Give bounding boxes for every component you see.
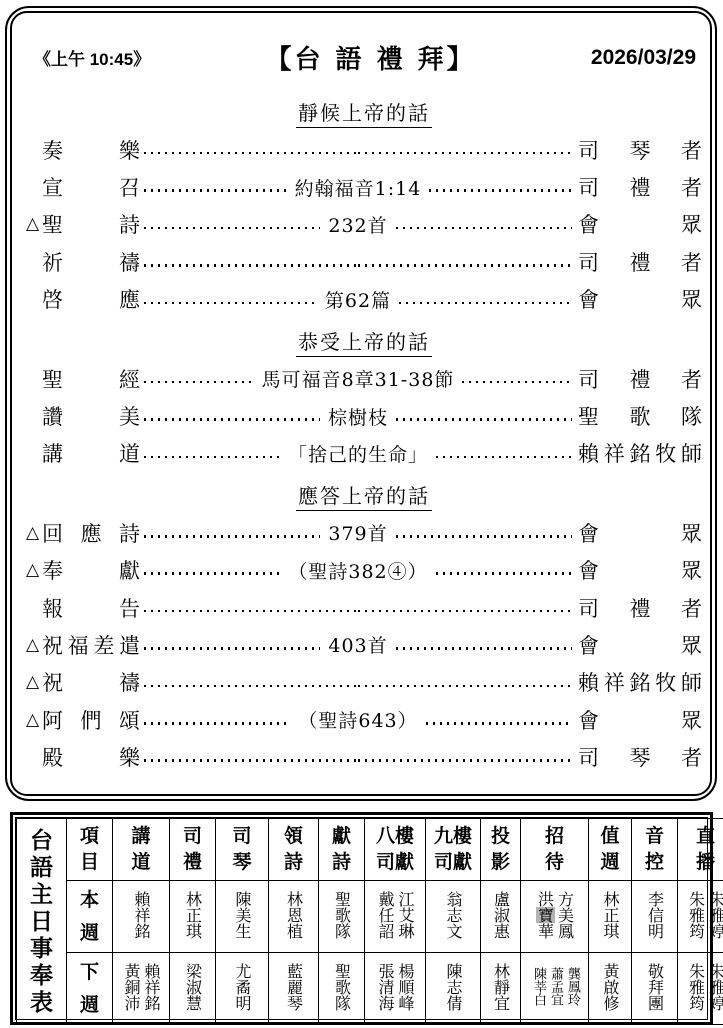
item-role: 司禮者 xyxy=(578,364,702,394)
order-item-row: 讚美 棕樹枝 聖歌隊 xyxy=(26,397,702,434)
item-name: 阿們頌 xyxy=(42,705,140,735)
leader-dots xyxy=(144,189,287,192)
item-name: 聖詩 xyxy=(42,209,140,239)
column-header-anthem: 獻 詩 xyxy=(319,819,365,881)
leader-dots xyxy=(396,227,572,230)
leader-dots xyxy=(144,418,320,421)
item-role: 會眾 xyxy=(578,518,702,548)
order-item-row: △ 阿們頌 （聖詩643） 會眾 xyxy=(26,701,702,738)
item-role: 會眾 xyxy=(578,555,702,585)
leader-dots xyxy=(358,610,572,613)
roster-cell: 李信明 xyxy=(632,881,678,953)
roster-cell: 林正琪 xyxy=(589,881,632,953)
leader-dots xyxy=(144,302,317,305)
roster-cell: 朱雅筠 朱雅婷 xyxy=(678,953,723,1025)
leader-dots xyxy=(144,227,320,230)
roster-row-next-week: 下 週 黃銅沛 賴祥銘 梁淑慧 尤矞明 藍麗琴 聖歌隊 張清海 楊順峰 陳志倩 … xyxy=(17,953,723,1025)
roster-cell: 盧淑惠 xyxy=(481,881,521,953)
leader: 403首 xyxy=(144,631,572,658)
order-item-row: 宣召 約翰福音1:14 司禮者 xyxy=(26,168,702,205)
order-item-row: △ 祝福差遣 403首 會眾 xyxy=(26,626,702,663)
item-detail: （聖詩382④） xyxy=(280,557,435,584)
item-name: 讚美 xyxy=(42,401,140,431)
section-heading: 恭受上帝的話 xyxy=(26,327,702,357)
item-name: 宣召 xyxy=(42,172,140,202)
leader: 馬可福音8章31-38節 xyxy=(144,365,572,392)
roster-cell-usher-next-week: 陳莘白 蕭孟宜 龔鳳玲 xyxy=(521,953,589,1025)
order-item-row: 聖經 馬可福音8章31-38節 司禮者 xyxy=(26,360,702,397)
roster-corner-title: 台 語 主 日 事 奉 表 xyxy=(17,819,67,1025)
item-name: 講道 xyxy=(42,438,140,468)
item-name: 奏樂 xyxy=(42,135,140,165)
leader-dots xyxy=(144,152,358,155)
roster-cell: 翁志文 xyxy=(426,881,481,953)
leader-dots xyxy=(436,456,572,459)
roster-cell: 聖歌隊 xyxy=(319,953,365,1025)
order-item-row: 報告 司禮者 xyxy=(26,589,702,626)
leader-dots xyxy=(144,535,320,538)
section-heading: 應答上帝的話 xyxy=(26,481,702,511)
roster-cell: 梁淑慧 xyxy=(170,953,216,1025)
leader-dots xyxy=(144,685,358,688)
column-header-audio: 音 控 xyxy=(632,819,678,881)
roster-cell-usher-this-week: 洪寶華方美鳳 xyxy=(521,881,589,953)
leader-dots xyxy=(358,685,572,688)
roster-cell: 林正琪 xyxy=(170,881,216,953)
leader-dots xyxy=(144,381,254,384)
item-detail: 棕樹枝 xyxy=(320,403,396,430)
item-name: 啓應 xyxy=(42,284,140,314)
item-prefix: △ xyxy=(26,635,42,655)
item-name: 祈禱 xyxy=(42,247,140,277)
column-header-floor9-offering: 九樓 司獻 xyxy=(426,819,481,881)
roster-cell: 黃銅沛 賴祥銘 xyxy=(113,953,170,1025)
usher-name: 方美鳳 xyxy=(555,891,575,939)
roster-frame: 台 語 主 日 事 奉 表 項 目 講 道 司 禮 司 琴 領 詩 獻 詩 八樓… xyxy=(10,812,713,1025)
column-header-usher: 招 待 xyxy=(521,819,589,881)
item-detail: 馬可福音8章31-38節 xyxy=(254,365,463,392)
service-date: 2026/03/29 xyxy=(591,46,696,70)
roster-table: 台 語 主 日 事 奉 表 項 目 講 道 司 禮 司 琴 領 詩 獻 詩 八樓… xyxy=(16,818,723,1025)
leader-dots xyxy=(144,722,290,725)
leader xyxy=(144,145,572,155)
leader-dots xyxy=(144,264,358,267)
leader-dots xyxy=(396,647,572,650)
item-role: 司禮者 xyxy=(578,172,702,202)
leader: 232首 xyxy=(144,211,572,238)
leader-dots xyxy=(144,759,358,762)
roster-cell: 聖歌隊 xyxy=(319,881,365,953)
item-role: 賴祥銘牧師 xyxy=(578,438,702,468)
leader-dots xyxy=(399,302,572,305)
item-role: 司禮者 xyxy=(578,593,702,623)
item-name: 聖經 xyxy=(42,364,140,394)
column-header-preach: 講 道 xyxy=(113,819,170,881)
row-label: 本 週 xyxy=(67,881,113,953)
order-item-row: △ 奉獻 （聖詩382④） 會眾 xyxy=(26,552,702,589)
row-label: 下 週 xyxy=(67,953,113,1025)
item-detail: （聖詩643） xyxy=(290,706,425,733)
order-item-row: △ 回應詩 379首 會眾 xyxy=(26,514,702,551)
leader xyxy=(144,752,572,762)
service-time: 《上午 10:45》 xyxy=(34,45,150,70)
roster-header-row: 台 語 主 日 事 奉 表 項 目 講 道 司 禮 司 琴 領 詩 獻 詩 八樓… xyxy=(17,819,723,881)
roster-cell: 陳美生 xyxy=(216,881,269,953)
item-role: 會眾 xyxy=(578,705,702,735)
item-prefix: △ xyxy=(26,523,42,543)
leader-dots xyxy=(144,610,358,613)
leader-dots xyxy=(396,418,572,421)
item-detail: 約翰福音1:14 xyxy=(287,174,430,201)
leader: （聖詩643） xyxy=(144,706,572,733)
item-name: 回應詩 xyxy=(42,518,140,548)
item-name: 奉獻 xyxy=(42,555,140,585)
column-header-floor8-offering: 八樓 司獻 xyxy=(365,819,426,881)
roster-cell: 朱雅筠 朱雅婷 xyxy=(678,881,723,953)
roster-cell: 林靜宜 xyxy=(481,953,521,1025)
roster-cell: 林恩植 xyxy=(269,881,319,953)
item-role: 賴祥銘牧師 xyxy=(578,667,702,697)
masthead: 《上午 10:45》 【台 語 禮 拜】 2026/03/29 xyxy=(34,39,696,76)
order-item-row: 講道 「捨己的生命」 賴祥銘牧師 xyxy=(26,435,702,472)
order-item-row: △ 祝禱 賴祥銘牧師 xyxy=(26,664,702,701)
item-role: 會眾 xyxy=(578,284,702,314)
highlighted-char: 寶 xyxy=(536,907,555,923)
item-name: 祝禱 xyxy=(42,667,140,697)
item-detail: 403首 xyxy=(320,631,395,658)
item-prefix: △ xyxy=(26,214,42,234)
leader-dots xyxy=(429,189,572,192)
usher-name: 洪寶華 xyxy=(535,891,555,939)
item-name: 報告 xyxy=(42,593,140,623)
roster-cell: 陳志倩 xyxy=(426,953,481,1025)
item-role: 司琴者 xyxy=(578,742,702,772)
item-role: 會眾 xyxy=(578,209,702,239)
leader-dots xyxy=(396,535,572,538)
column-header-duty: 值 週 xyxy=(589,819,632,881)
item-detail: 232首 xyxy=(320,211,395,238)
worship-sheet: 《上午 10:45》 【台 語 禮 拜】 2026/03/29 靜候上帝的話 奏… xyxy=(10,11,712,796)
item-role: 會眾 xyxy=(578,630,702,660)
column-header-livestream: 直 播 xyxy=(678,819,723,881)
leader-dots xyxy=(436,572,572,575)
item-role: 司琴者 xyxy=(578,135,702,165)
column-header-song-leader: 領 詩 xyxy=(269,819,319,881)
roster-cell: 黃啟修 xyxy=(589,953,632,1025)
leader xyxy=(144,678,572,688)
roster-frame-inner: 台 語 主 日 事 奉 表 項 目 講 道 司 禮 司 琴 領 詩 獻 詩 八樓… xyxy=(15,817,708,1020)
leader-dots xyxy=(358,264,572,267)
leader: 第62篇 xyxy=(144,286,572,313)
leader: （聖詩382④） xyxy=(144,557,572,584)
order-item-row: 祈禱 司禮者 xyxy=(26,243,702,280)
leader-dots xyxy=(462,381,572,384)
column-header-projection: 投 影 xyxy=(481,819,521,881)
roster-cell: 張清海 楊順峰 xyxy=(365,953,426,1025)
leader: 「捨己的生命」 xyxy=(144,440,572,467)
roster-row-this-week: 本 週 賴祥銘 林正琪 陳美生 林恩植 聖歌隊 戴任詔 江艾琳 翁志文 盧淑惠 … xyxy=(17,881,723,953)
item-detail: 第62篇 xyxy=(317,286,399,313)
item-prefix: △ xyxy=(26,710,42,730)
column-header-liturgist: 司 禮 xyxy=(170,819,216,881)
leader: 379首 xyxy=(144,519,572,546)
leader-dots xyxy=(358,759,572,762)
leader-dots xyxy=(144,647,320,650)
item-detail: 「捨己的生命」 xyxy=(280,440,436,467)
item-name: 殿樂 xyxy=(42,742,140,772)
roster-cell: 戴任詔 江艾琳 xyxy=(365,881,426,953)
item-name: 祝福差遣 xyxy=(42,630,140,660)
leader-dots xyxy=(426,722,572,725)
item-prefix: △ xyxy=(26,560,42,580)
worship-sheet-frame: 《上午 10:45》 【台 語 禮 拜】 2026/03/29 靜候上帝的話 奏… xyxy=(5,6,717,801)
section-heading: 靜候上帝的話 xyxy=(26,98,702,128)
order-item-row: △ 聖詩 232首 會眾 xyxy=(26,206,702,243)
order-item-row: 殿樂 司琴者 xyxy=(26,738,702,775)
column-header-item: 項 目 xyxy=(67,819,113,881)
leader xyxy=(144,603,572,613)
leader xyxy=(144,257,572,267)
item-role: 司禮者 xyxy=(578,247,702,277)
leader: 約翰福音1:14 xyxy=(144,174,572,201)
roster-cell: 賴祥銘 xyxy=(113,881,170,953)
order-item-row: 啓應 第62篇 會眾 xyxy=(26,281,702,318)
roster-cell: 藍麗琴 xyxy=(269,953,319,1025)
leader: 棕樹枝 xyxy=(144,403,572,430)
item-detail: 379首 xyxy=(320,519,395,546)
order-item-row: 奏樂 司琴者 xyxy=(26,131,702,168)
roster-cell: 尤矞明 xyxy=(216,953,269,1025)
leader-dots xyxy=(144,572,280,575)
item-role: 聖歌隊 xyxy=(578,401,702,431)
leader-dots xyxy=(144,456,280,459)
item-prefix: △ xyxy=(26,672,42,692)
roster-cell: 敬拜團 xyxy=(632,953,678,1025)
leader-dots xyxy=(358,152,572,155)
column-header-pianist: 司 琴 xyxy=(216,819,269,881)
page-title: 【台 語 禮 拜】 xyxy=(150,39,591,76)
